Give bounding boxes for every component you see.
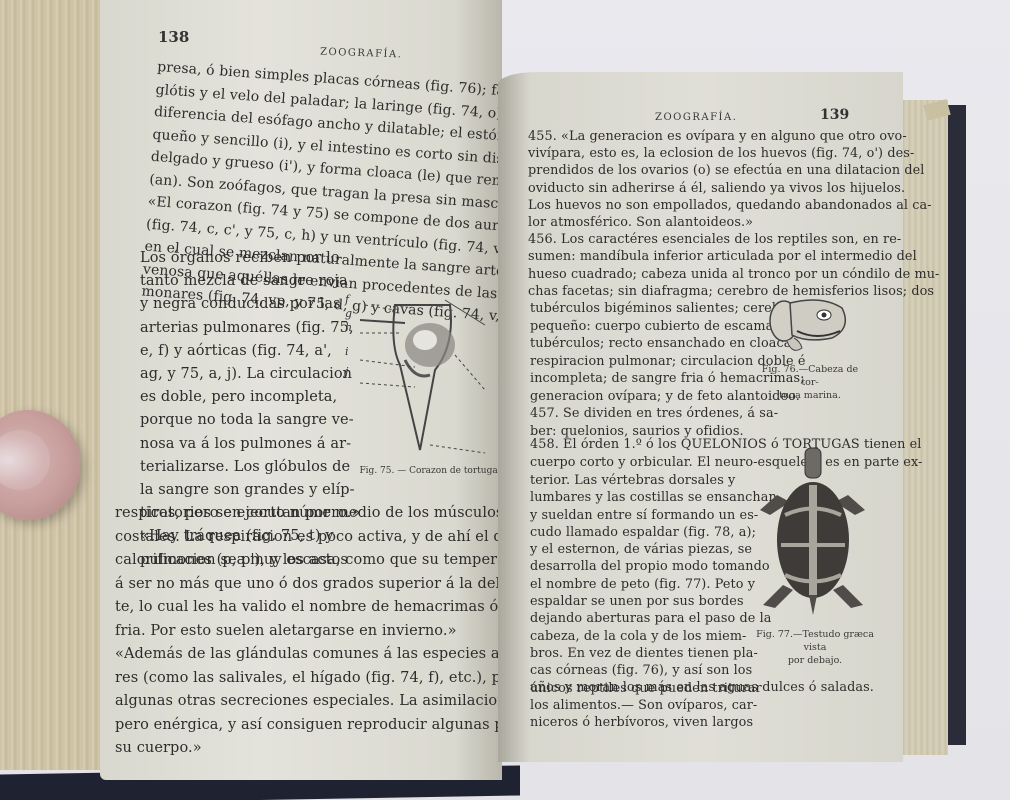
figure-76-turtle-head	[762, 293, 852, 363]
right-running-head: ZOOGRAFÍA.	[655, 112, 737, 123]
figure-77-caption: Fig. 77.—Testudo græca vista por debajo.	[745, 628, 885, 667]
figure-75-turtle-heart: f g h i j	[345, 285, 495, 485]
left-page-edges	[0, 0, 105, 770]
right-top-paragraph: 455. «La generacion es ovípara y en algu…	[528, 128, 939, 300]
right-last-line: años y moran los más en las aguas dulces…	[530, 676, 874, 700]
book-photo: 138 ZOOGRAFÍA. presa, ó bien simples pla…	[0, 0, 1010, 800]
turtle-head-illustration-icon	[762, 293, 852, 363]
tortoise-illustration-icon	[755, 440, 870, 620]
left-page-number: 138	[158, 28, 189, 46]
figure-75-caption: Fig. 75. — Corazon de tortuga.	[355, 465, 505, 478]
figure-76-caption: Fig. 76.—Cabeza de tor- tuga marina.	[760, 363, 860, 402]
right-page-number: 139	[820, 107, 849, 123]
heart-illustration-icon	[345, 285, 495, 485]
figure-77-tortoise	[755, 440, 870, 620]
